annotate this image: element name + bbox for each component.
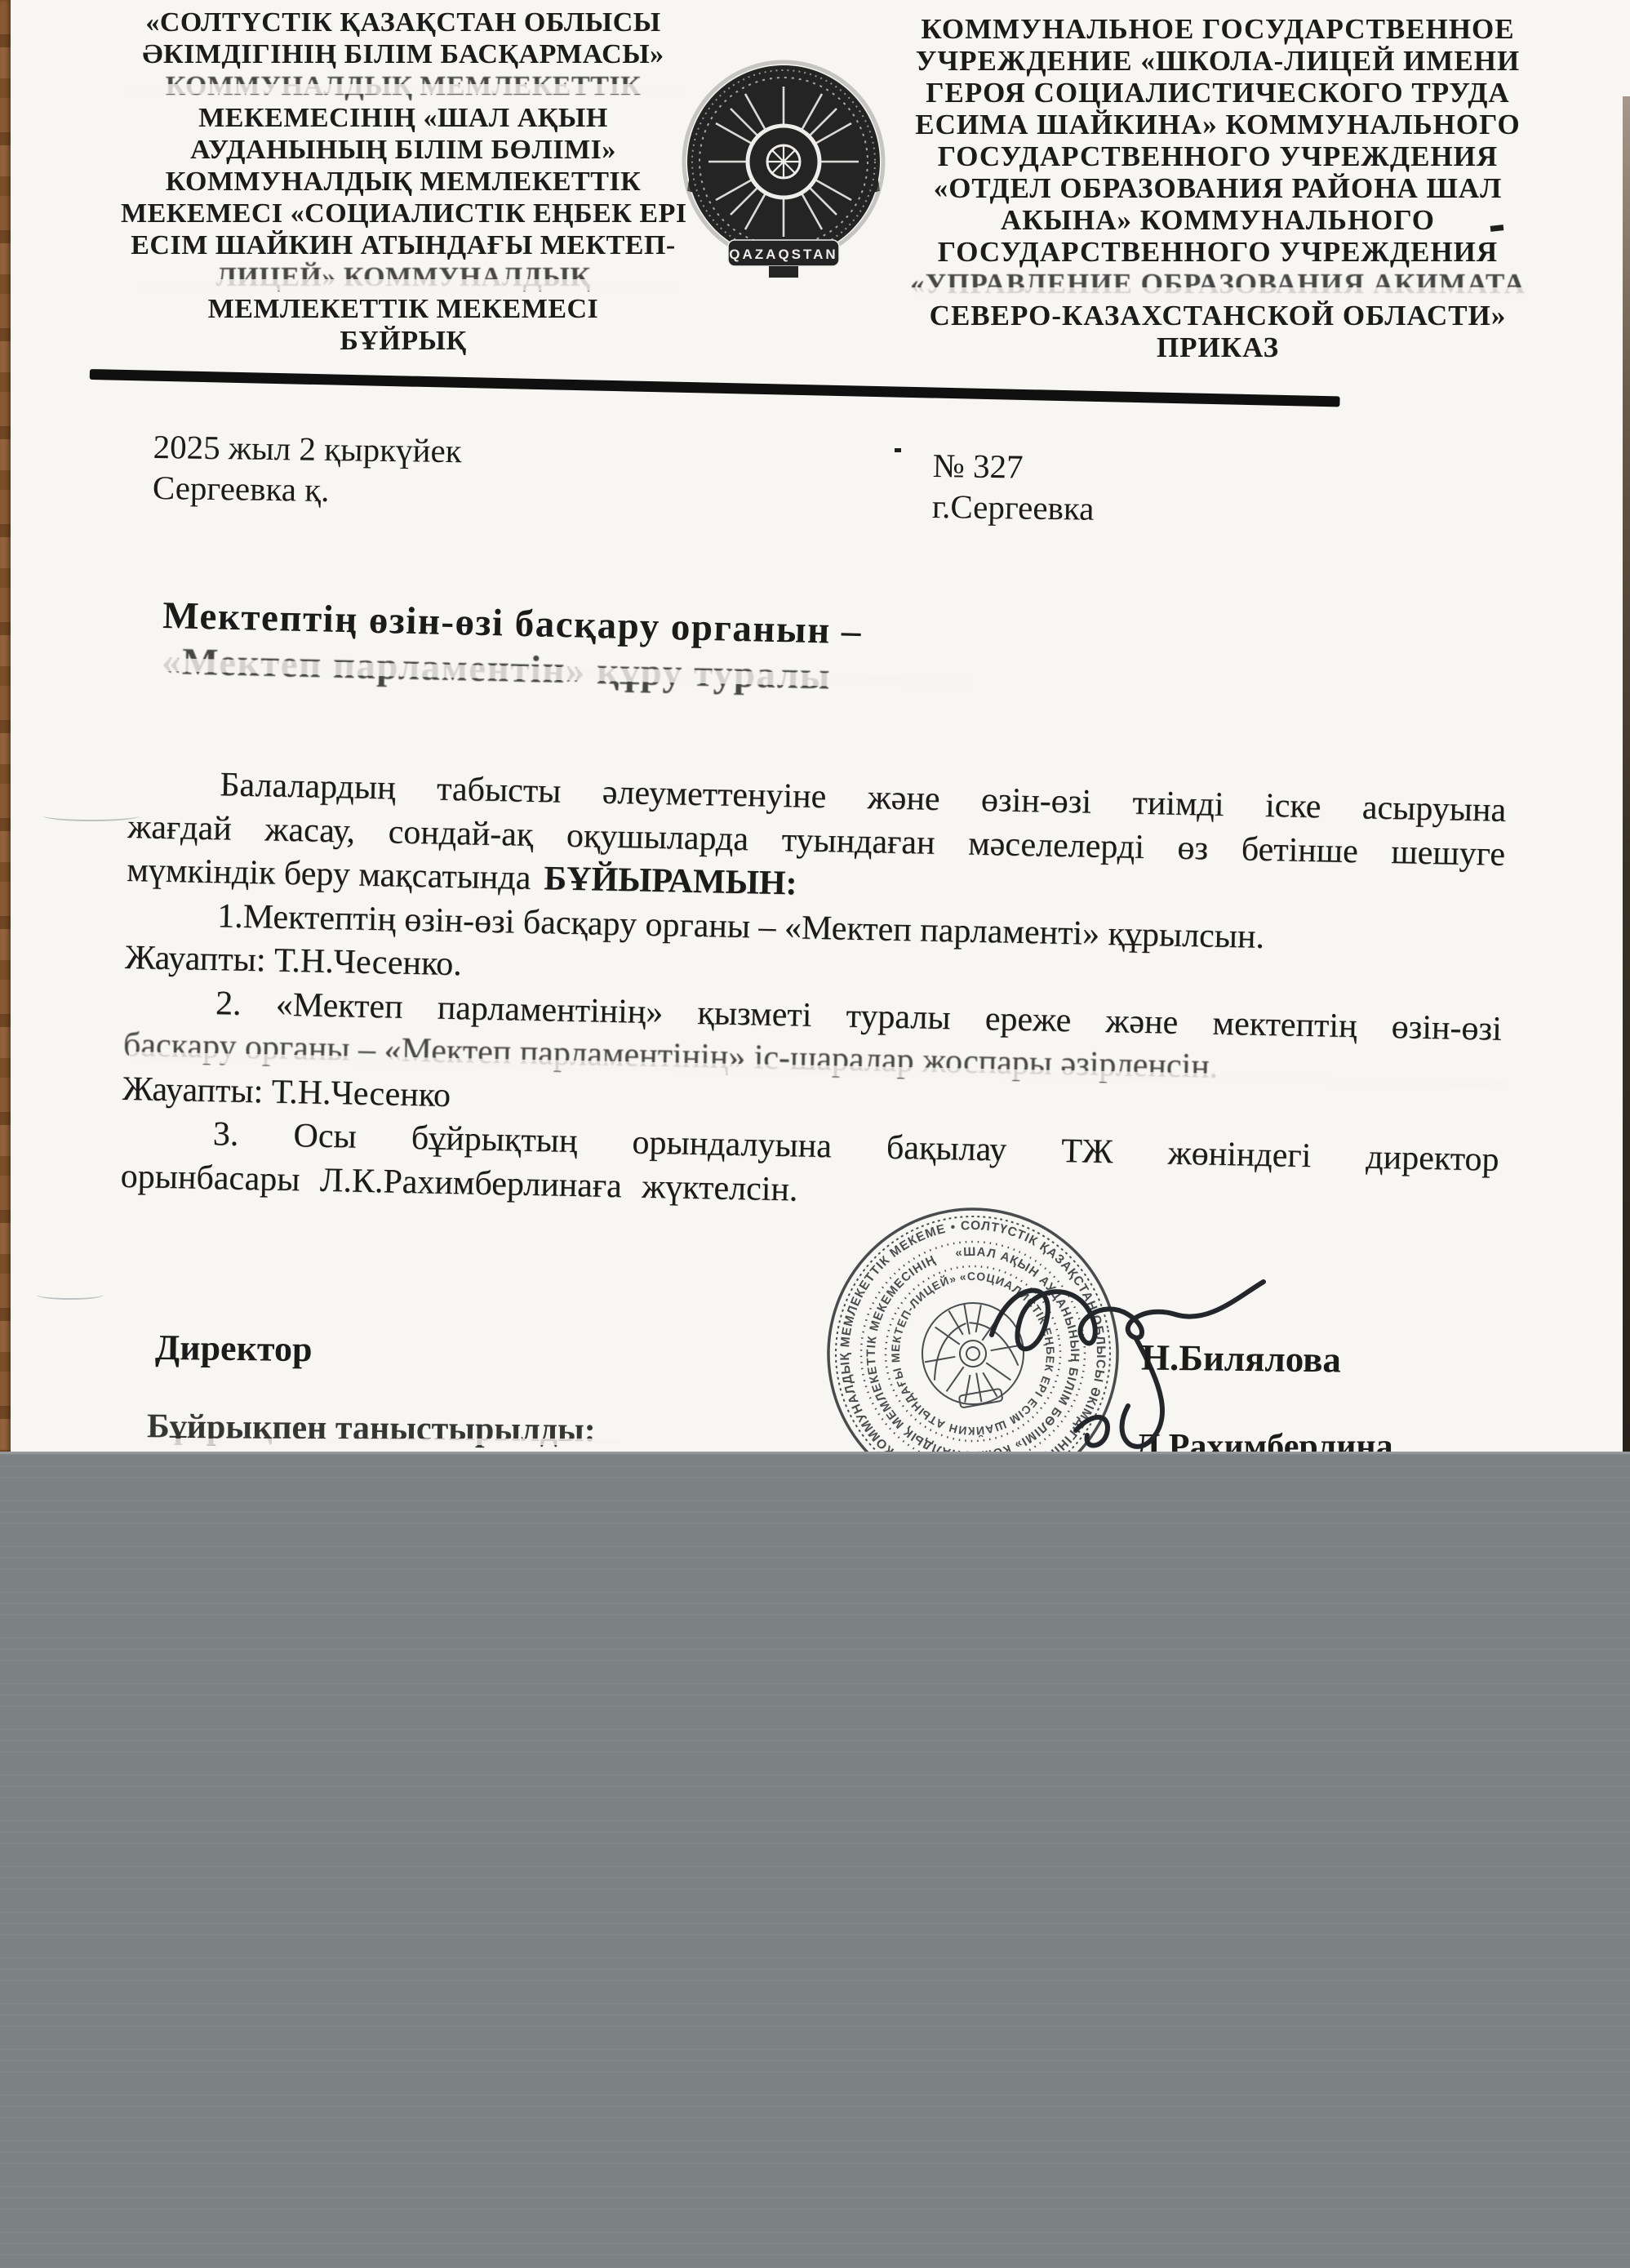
scanner-gray-block [0,1452,1630,2268]
scan-dropout-artifact [139,279,677,291]
letterhead-line: «ОТДЕЛ ОБРАЗОВАНИЯ РАЙОНА ШАЛ [903,172,1533,204]
letterhead-line: КОММУНАЛДЫҚ МЕМЛЕКЕТТІК [121,166,686,198]
scanned-order-page: «СОЛТҮСТІК ҚАЗАҚСТАН ОБЛЫСЫ ӘКІМДІГІНІҢ … [0,0,1630,2268]
letterhead-russian: КОММУНАЛЬНОЕ ГОСУДАРСТВЕННОЕ УЧРЕЖДЕНИЕ … [903,13,1533,363]
scan-binding-edge [0,0,11,1452]
letterhead-line: АКЫНА» КОММУНАЛЬНОГО [903,204,1533,236]
letterhead-line: АУДАНЫНЫҢ БІЛІМ БӨЛІМІ» [121,134,686,166]
pencil-mark [42,810,140,821]
order-number: № 327 [932,445,1095,488]
letterhead-line: ГОСУДАРСТВЕННОГО УЧРЕЖДЕНИЯ [903,140,1533,172]
order-place-russian: г.Сергеевка [932,486,1095,529]
letterhead-line: МЕКЕМЕСІ «СОЦИАЛИСТІК ЕҢБЕК ЕРІ [121,198,686,229]
pencil-mark [37,1290,104,1300]
scan-dropout-artifact [913,287,1526,297]
order-title: Мектептің өзін-өзі басқару органын – «Ме… [161,593,1126,706]
letterhead-line: МЕМЛЕКЕТТІК МЕКЕМЕСІ [121,293,686,325]
director-name: Н.Билялова [1141,1336,1342,1381]
deputy-signature [1076,1417,1108,1446]
order-body: Балалардың табысты әлеуметтенуіне және ө… [120,762,1506,1226]
scan-dropout-artifact [149,1439,622,1445]
header-divider-line [90,369,1340,407]
director-signature [824,1200,1363,1461]
emblem-banner-text: QAZAQSTAN [729,247,837,262]
stray-ink-mark [895,448,901,452]
letterhead-line: УЧРЕЖДЕНИЕ «ШКОЛА-ЛИЦЕЙ ИМЕНИ [903,45,1533,77]
letterhead-line: МЕКЕМЕСІНІҢ «ШАЛ АҚЫН [121,102,686,134]
letterhead-line: ЕСИМА ШАЙКИНА» КОММУНАЛЬНОГО [903,109,1533,140]
order-number-block: № 327 г.Сергеевка [932,445,1095,529]
order-date-block: 2025 жыл 2 қыркүйек Сергеевка қ. [153,426,462,512]
letterhead-line: ӘКІМДІГІНІҢ БІЛІМ БАСҚАРМАСЫ» [121,38,686,70]
letterhead-line: СЕВЕРО-КАЗАХСТАНСКОЙ ОБЛАСТИ» [903,300,1533,331]
kazakhstan-coat-of-arms-icon: QAZAQSTAN [677,54,890,281]
order-word-russian: ПРИКАЗ [903,331,1533,363]
order-word-kazakh: БҰЙРЫҚ [121,325,686,357]
scan-dropout-artifact [122,84,686,94]
letterhead-line: ГОСУДАРСТВЕННОГО УЧРЕЖДЕНИЯ [903,236,1533,268]
letterhead-kazakh: «СОЛТҮСТІК ҚАЗАҚСТАН ОБЛЫСЫ ӘКІМДІГІНІҢ … [121,7,686,357]
order-place-kazakh: Сергеевка қ. [153,467,462,512]
order-date: 2025 жыл 2 қыркүйек [153,426,462,471]
letterhead-line: «СОЛТҮСТІК ҚАЗАҚСТАН ОБЛЫСЫ [121,7,686,38]
letterhead-line: ЕСІМ ШАЙКИН АТЫНДАҒЫ МЕКТЕП- [121,229,686,261]
signer-role: Директор [155,1327,313,1370]
scan-right-edge-shadow [1623,96,1630,1452]
resolution-word: БҰЙЫРАМЫН: [544,860,797,902]
letterhead-line: ГЕРОЯ СОЦИАЛИСТИЧЕСКОГО ТРУДА [903,77,1533,109]
letterhead-line: КОММУНАЛЬНОЕ ГОСУДАРСТВЕННОЕ [903,13,1533,45]
